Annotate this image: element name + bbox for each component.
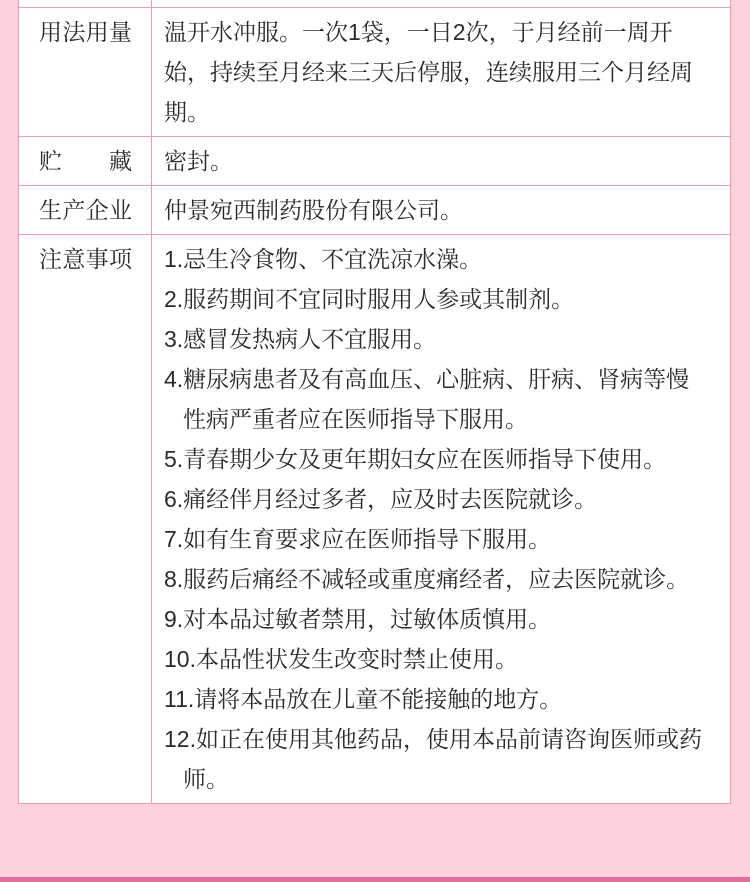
precaution-item-1: 1.忌生冷食物、不宜洗凉水澡。	[164, 239, 710, 279]
precautions-label: 注意事项	[39, 239, 132, 279]
precautions-label-cell: 注意事项	[19, 235, 152, 803]
table-row-storage: 贮藏 密封。	[19, 136, 730, 185]
precaution-item-4: 4.糖尿病患者及有高血压、心脏病、肝病、肾病等慢性病严重者应在医师指导下服用。	[164, 359, 710, 439]
usage-label-cell: 用法用量	[19, 8, 152, 136]
precaution-item-3: 3.感冒发热病人不宜服用。	[164, 319, 710, 359]
storage-label: 贮藏	[39, 141, 132, 181]
cutoff-value-cell	[152, 0, 730, 7]
bottom-accent-bar	[0, 877, 750, 882]
table-row-cutoff	[19, 0, 730, 7]
usage-label: 用法用量	[39, 12, 132, 52]
precaution-item-9: 9.对本品过敏者禁用，过敏体质慎用。	[164, 599, 710, 639]
precaution-item-8: 8.服药后痛经不减轻或重度痛经者，应去医院就诊。	[164, 559, 710, 599]
product-info-page: { "colors":{ "bg":"#ffd1dc", "border":"#…	[0, 0, 750, 882]
table-row-precautions: 注意事项 1.忌生冷食物、不宜洗凉水澡。 2.服药期间不宜同时服用人参或其制剂。…	[19, 234, 730, 803]
storage-label-cell: 贮藏	[19, 137, 152, 185]
precaution-item-11: 11.请将本品放在儿童不能接触的地方。	[164, 679, 710, 719]
precaution-item-2: 2.服药期间不宜同时服用人参或其制剂。	[164, 279, 710, 319]
manufacturer-label-cell: 生产企业	[19, 186, 152, 234]
precautions-value: 1.忌生冷食物、不宜洗凉水澡。 2.服药期间不宜同时服用人参或其制剂。 3.感冒…	[152, 235, 730, 803]
table-row-usage: 用法用量 温开水冲服。一次1袋，一日2次，于月经前一周开始，持续至月经来三天后停…	[19, 7, 730, 136]
precaution-item-10: 10.本品性状发生改变时禁止使用。	[164, 639, 710, 679]
storage-value: 密封。	[152, 137, 730, 185]
precaution-item-6: 6.痛经伴月经过多者，应及时去医院就诊。	[164, 479, 710, 519]
manufacturer-value: 仲景宛西制药股份有限公司。	[152, 186, 730, 234]
cutoff-label-cell	[19, 0, 152, 7]
table-row-manufacturer: 生产企业 仲景宛西制药股份有限公司。	[19, 185, 730, 234]
precaution-item-12: 12.如正在使用其他药品，使用本品前请咨询医师或药师。	[164, 719, 710, 799]
drug-spec-table: 用法用量 温开水冲服。一次1袋，一日2次，于月经前一周开始，持续至月经来三天后停…	[18, 0, 731, 804]
precaution-item-5: 5.青春期少女及更年期妇女应在医师指导下使用。	[164, 439, 710, 479]
manufacturer-label: 生产企业	[39, 190, 132, 230]
precaution-item-7: 7.如有生育要求应在医师指导下服用。	[164, 519, 710, 559]
usage-value: 温开水冲服。一次1袋，一日2次，于月经前一周开始，持续至月经来三天后停服，连续服…	[152, 8, 730, 136]
